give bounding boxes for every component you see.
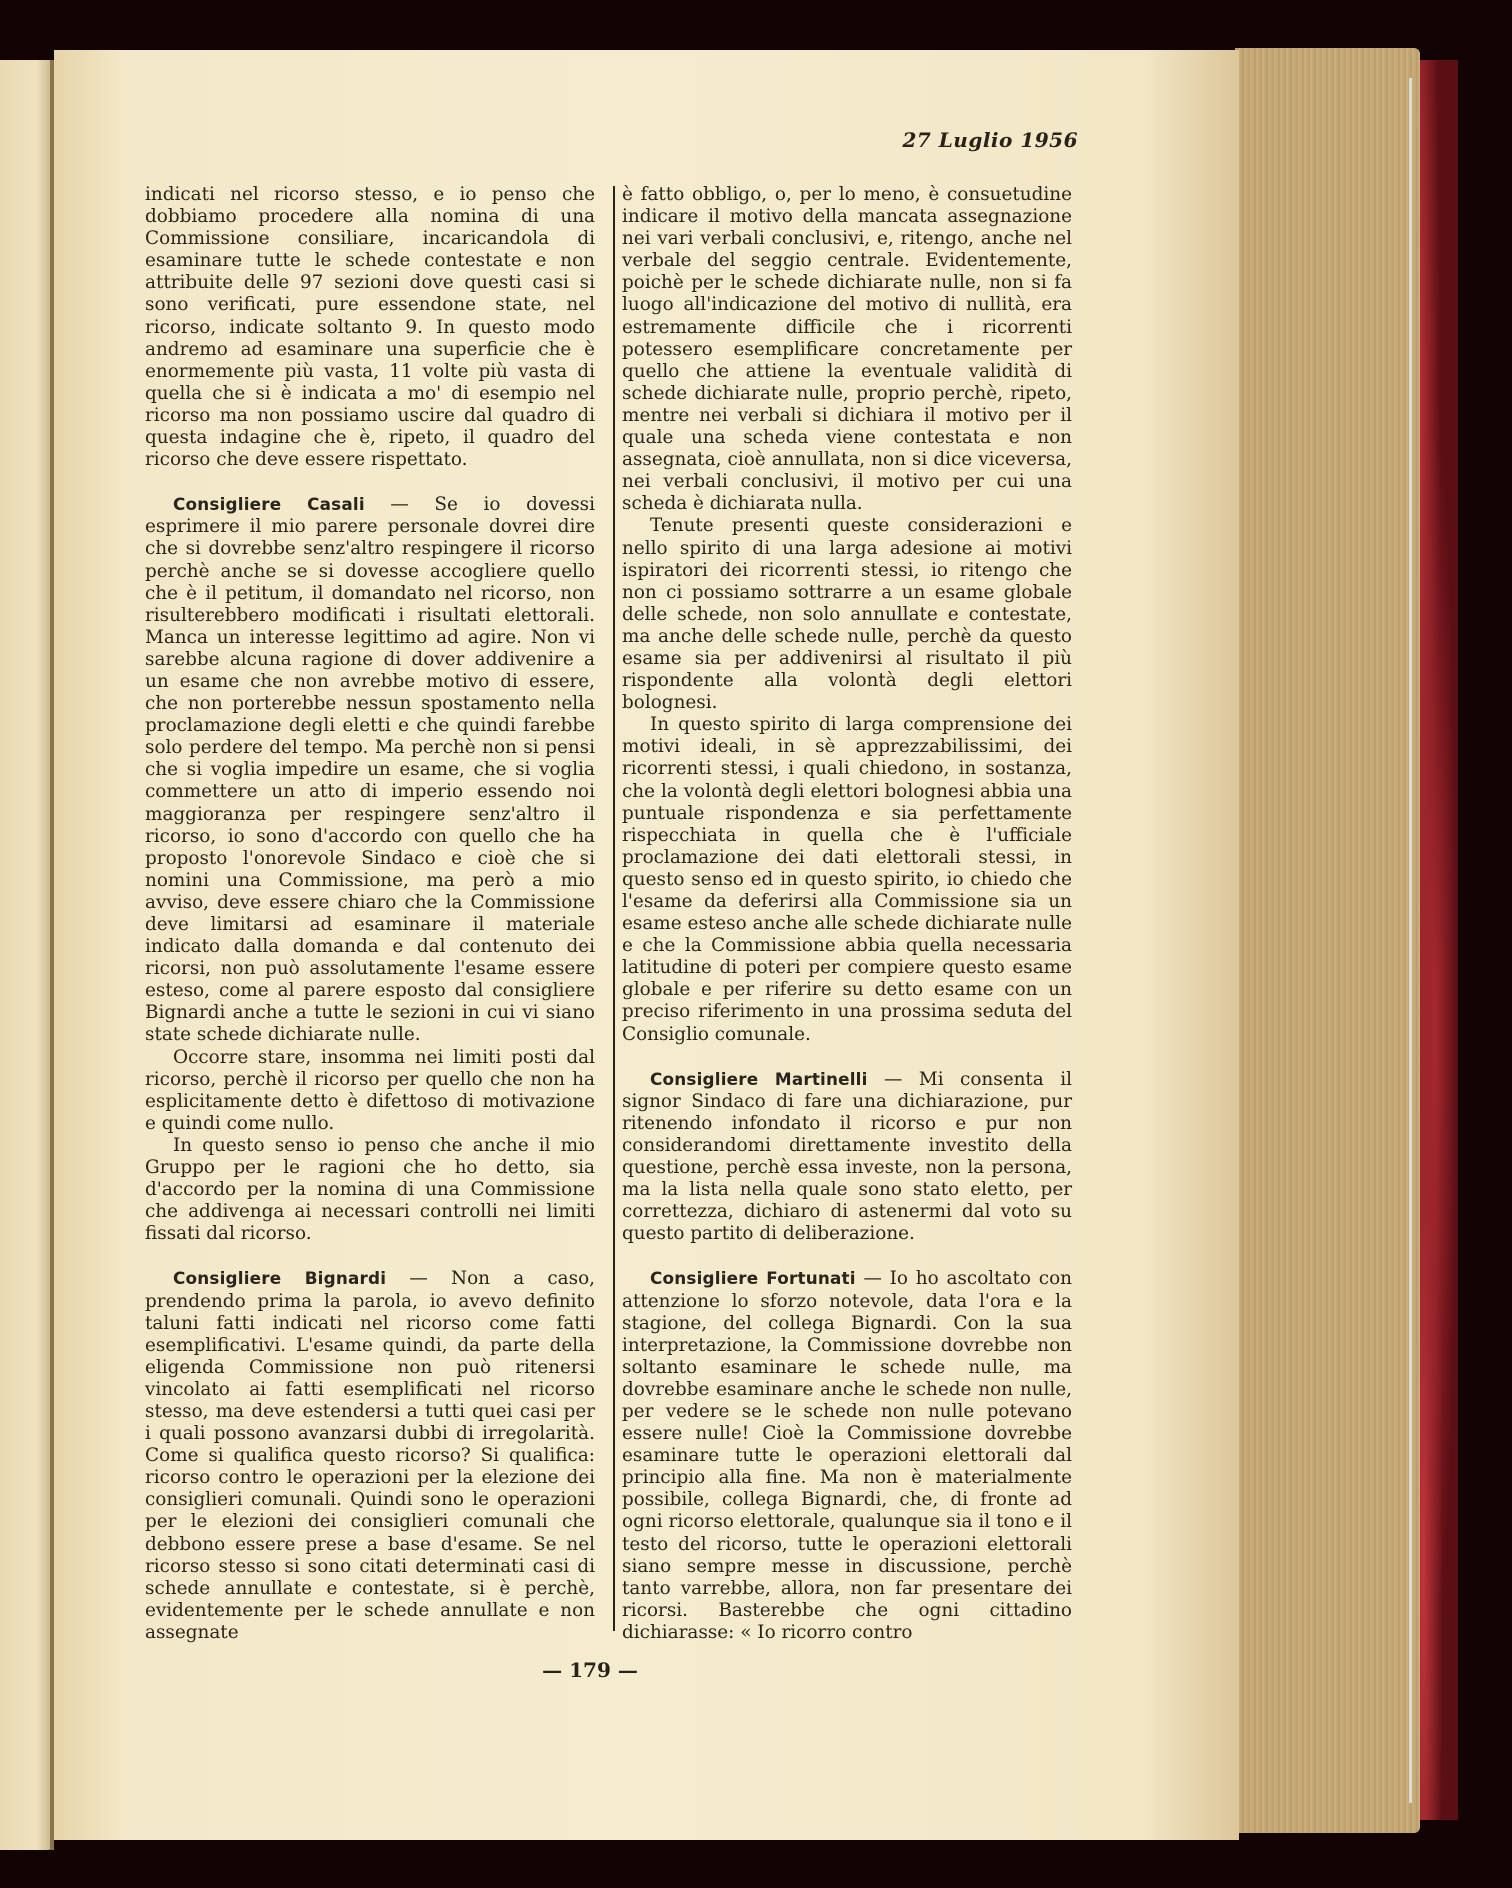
page-edges-stack (1235, 48, 1420, 1833)
speech-text: — Non a caso, prendendo prima la parola,… (145, 1268, 595, 1643)
paragraph: In questo senso io penso che anche il mi… (145, 1135, 595, 1245)
speech-text: — Mi consenta il signor Sindaco di fare … (622, 1069, 1072, 1245)
speaker-name: Consigliere Bignardi (173, 1268, 386, 1288)
speech-casali: Consigliere Casali — Se io dovessi espri… (145, 493, 595, 1046)
page-number: — 179 — (540, 1658, 640, 1682)
speaker-name: Consigliere Fortunati (650, 1268, 856, 1288)
right-column: è fatto obbligo, o, per lo meno, è consu… (622, 184, 1072, 1644)
speech-text: — Se io dovessi esprimere il mio parere … (145, 494, 595, 1045)
column-divider (613, 186, 615, 1631)
left-page-edge (0, 60, 52, 1850)
paragraph: indicati nel ricorso stesso, e io penso … (145, 184, 595, 471)
speech-text: — Io ho ascoltato con attenzione lo sfor… (622, 1268, 1072, 1643)
speech-bignardi: Consigliere Bignardi — Non a caso, prend… (145, 1267, 595, 1644)
running-head-date: 27 Luglio 1956 (902, 128, 1078, 152)
left-column: indicati nel ricorso stesso, e io penso … (145, 184, 595, 1644)
paragraph: Occorre stare, insomma nei limiti posti … (145, 1047, 595, 1135)
speaker-name: Consigliere Martinelli (650, 1069, 868, 1089)
speech-fortunati: Consigliere Fortunati — Io ho ascoltato … (622, 1267, 1072, 1644)
speaker-name: Consigliere Casali (173, 494, 365, 514)
speech-martinelli: Consigliere Martinelli — Mi consenta il … (622, 1068, 1072, 1246)
paragraph: Tenute presenti queste considerazioni e … (622, 515, 1072, 714)
background-top (0, 0, 1512, 55)
paragraph: è fatto obbligo, o, per lo meno, è consu… (622, 184, 1072, 515)
paragraph: In questo spirito di larga comprensione … (622, 714, 1072, 1045)
